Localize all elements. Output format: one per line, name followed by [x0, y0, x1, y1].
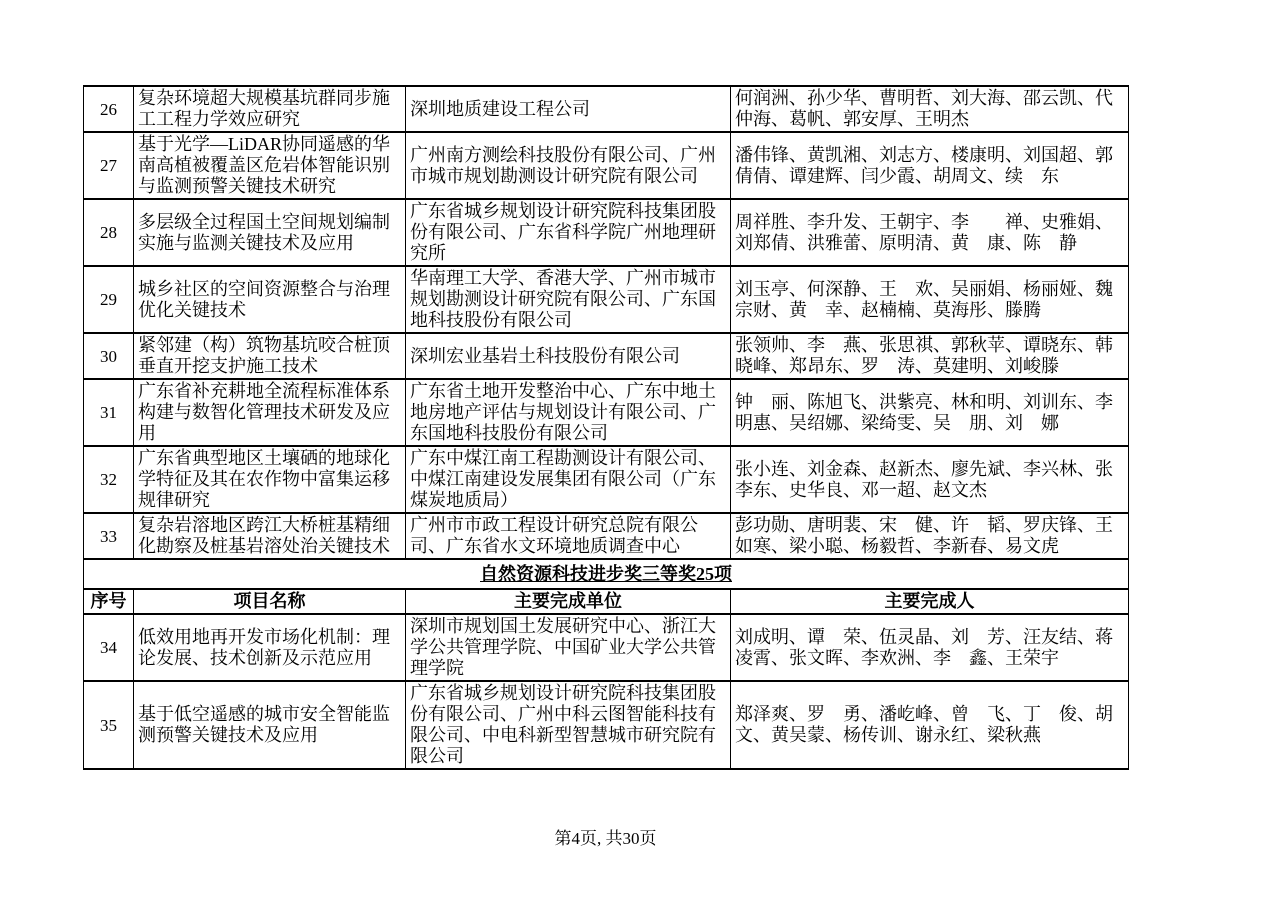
people-cell: 郑泽爽、罗 勇、潘屹峰、曾 飞、丁 俊、胡文、黄吴蒙、杨传训、谢永红、梁秋燕 [731, 681, 1129, 769]
project-name-cell: 复杂岩溶地区跨江大桥桩基精细化勘察及桩基岩溶处治关键技术 [134, 513, 406, 559]
column-header-units: 主要完成单位 [406, 589, 731, 614]
people-cell: 刘玉亭、何深静、王 欢、吴丽娟、杨丽娅、魏宗财、黄 幸、赵楠楠、莫海彤、滕腾 [731, 266, 1129, 333]
units-cell: 深圳宏业基岩土科技股份有限公司 [406, 333, 731, 379]
page-number-footer: 第4页, 共30页 [83, 824, 1128, 849]
project-name-cell: 城乡社区的空间资源整合与治理优化关键技术 [134, 266, 406, 333]
people-cell: 钟 丽、陈旭飞、洪紫亮、林和明、刘训东、李明惠、吴绍娜、梁绮雯、吴 朋、刘 娜 [731, 379, 1129, 446]
project-name-cell: 广东省补充耕地全流程标准体系构建与数智化管理技术研发及应用 [134, 379, 406, 446]
row-number-cell: 32 [84, 446, 134, 513]
units-cell: 广州市市政工程设计研究总院有限公司、广东省水文环境地质调查中心 [406, 513, 731, 559]
section-title-text: 自然资源科技进步奖三等奖25项 [480, 564, 732, 584]
project-name-cell: 多层级全过程国土空间规划编制实施与监测关键技术及应用 [134, 199, 406, 266]
project-name-cell: 基于低空遥感的城市安全智能监测预警关键技术及应用 [134, 681, 406, 769]
column-header-project: 项目名称 [134, 589, 406, 614]
units-cell: 广东省土地开发整治中心、广东中地土地房地产评估与规划设计有限公司、广东国地科技股… [406, 379, 731, 446]
project-name-cell: 基于光学—LiDAR协同遥感的华南高植被覆盖区危岩体智能识别与监测预警关键技术研… [134, 132, 406, 199]
people-cell: 刘成明、谭 荣、伍灵晶、刘 芳、汪友结、蒋凌霄、张文晖、李欢洲、李 鑫、王荣宇 [731, 614, 1129, 681]
people-cell: 彭功勋、唐明裴、宋 健、许 韬、罗庆锋、王如寒、梁小聪、杨毅哲、李新春、易文虎 [731, 513, 1129, 559]
row-number-cell: 34 [84, 614, 134, 681]
project-name-cell: 紧邻建（构）筑物基坑咬合桩顶垂直开挖支护施工技术 [134, 333, 406, 379]
row-number-cell: 30 [84, 333, 134, 379]
units-cell: 华南理工大学、香港大学、广州市城市规划勘测设计研究院有限公司、广东国地科技股份有… [406, 266, 731, 333]
people-cell: 张小连、刘金森、赵新杰、廖先斌、李兴林、张李东、史华良、邓一超、赵文杰 [731, 446, 1129, 513]
table-row: 29 城乡社区的空间资源整合与治理优化关键技术 华南理工大学、香港大学、广州市城… [84, 266, 1129, 333]
people-cell: 张领帅、李 燕、张思祺、郭秋苹、谭晓东、韩晓峰、郑昂东、罗 涛、莫建明、刘峻滕 [731, 333, 1129, 379]
row-number-cell: 33 [84, 513, 134, 559]
project-name-cell: 广东省典型地区土壤硒的地球化学特征及其在农作物中富集运移规律研究 [134, 446, 406, 513]
project-name-cell: 低效用地再开发市场化机制：理论发展、技术创新及示范应用 [134, 614, 406, 681]
section-title-row: 自然资源科技进步奖三等奖25项 [84, 559, 1129, 589]
table-row: 33 复杂岩溶地区跨江大桥桩基精细化勘察及桩基岩溶处治关键技术 广州市市政工程设… [84, 513, 1129, 559]
units-cell: 深圳市规划国土发展研究中心、浙江大学公共管理学院、中国矿业大学公共管理学院 [406, 614, 731, 681]
row-number-cell: 28 [84, 199, 134, 266]
table-row: 30 紧邻建（构）筑物基坑咬合桩顶垂直开挖支护施工技术 深圳宏业基岩土科技股份有… [84, 333, 1129, 379]
section-title: 自然资源科技进步奖三等奖25项 [84, 559, 1129, 589]
column-header-people: 主要完成人 [731, 589, 1129, 614]
awards-table: 26 复杂环境超大规模基坑群同步施工工程力学效应研究 深圳地质建设工程公司 何润… [83, 85, 1129, 770]
column-header-no: 序号 [84, 589, 134, 614]
units-cell: 广东中煤江南工程勘测设计有限公司、中煤江南建设发展集团有限公司（广东煤炭地质局） [406, 446, 731, 513]
table-row: 34 低效用地再开发市场化机制：理论发展、技术创新及示范应用 深圳市规划国土发展… [84, 614, 1129, 681]
row-number-cell: 27 [84, 132, 134, 199]
units-cell: 广东省城乡规划设计研究院科技集团股份有限公司、广州中科云图智能科技有限公司、中电… [406, 681, 731, 769]
units-cell: 深圳地质建设工程公司 [406, 86, 731, 132]
people-cell: 周祥胜、李升发、王朝宇、李 禅、史雅娟、刘郑倩、洪雅蕾、原明清、黄 康、陈 静 [731, 199, 1129, 266]
row-number-cell: 26 [84, 86, 134, 132]
people-cell: 何润洲、孙少华、曹明哲、刘大海、邵云凯、代仲海、葛帆、郭安厚、王明杰 [731, 86, 1129, 132]
table-row: 35 基于低空遥感的城市安全智能监测预警关键技术及应用 广东省城乡规划设计研究院… [84, 681, 1129, 769]
units-cell: 广东省城乡规划设计研究院科技集团股份有限公司、广东省科学院广州地理研究所 [406, 199, 731, 266]
units-cell: 广州南方测绘科技股份有限公司、广州市城市规划勘测设计研究院有限公司 [406, 132, 731, 199]
table-row: 31 广东省补充耕地全流程标准体系构建与数智化管理技术研发及应用 广东省土地开发… [84, 379, 1129, 446]
row-number-cell: 31 [84, 379, 134, 446]
people-cell: 潘伟锋、黄凯湘、刘志方、楼康明、刘国超、郭倩倩、谭建辉、闫少霞、胡周文、续 东 [731, 132, 1129, 199]
table-row: 32 广东省典型地区土壤硒的地球化学特征及其在农作物中富集运移规律研究 广东中煤… [84, 446, 1129, 513]
row-number-cell: 29 [84, 266, 134, 333]
table-row: 26 复杂环境超大规模基坑群同步施工工程力学效应研究 深圳地质建设工程公司 何润… [84, 86, 1129, 132]
table-header-row: 序号 项目名称 主要完成单位 主要完成人 [84, 589, 1129, 614]
table-row: 27 基于光学—LiDAR协同遥感的华南高植被覆盖区危岩体智能识别与监测预警关键… [84, 132, 1129, 199]
table-row: 28 多层级全过程国土空间规划编制实施与监测关键技术及应用 广东省城乡规划设计研… [84, 199, 1129, 266]
row-number-cell: 35 [84, 681, 134, 769]
project-name-cell: 复杂环境超大规模基坑群同步施工工程力学效应研究 [134, 86, 406, 132]
